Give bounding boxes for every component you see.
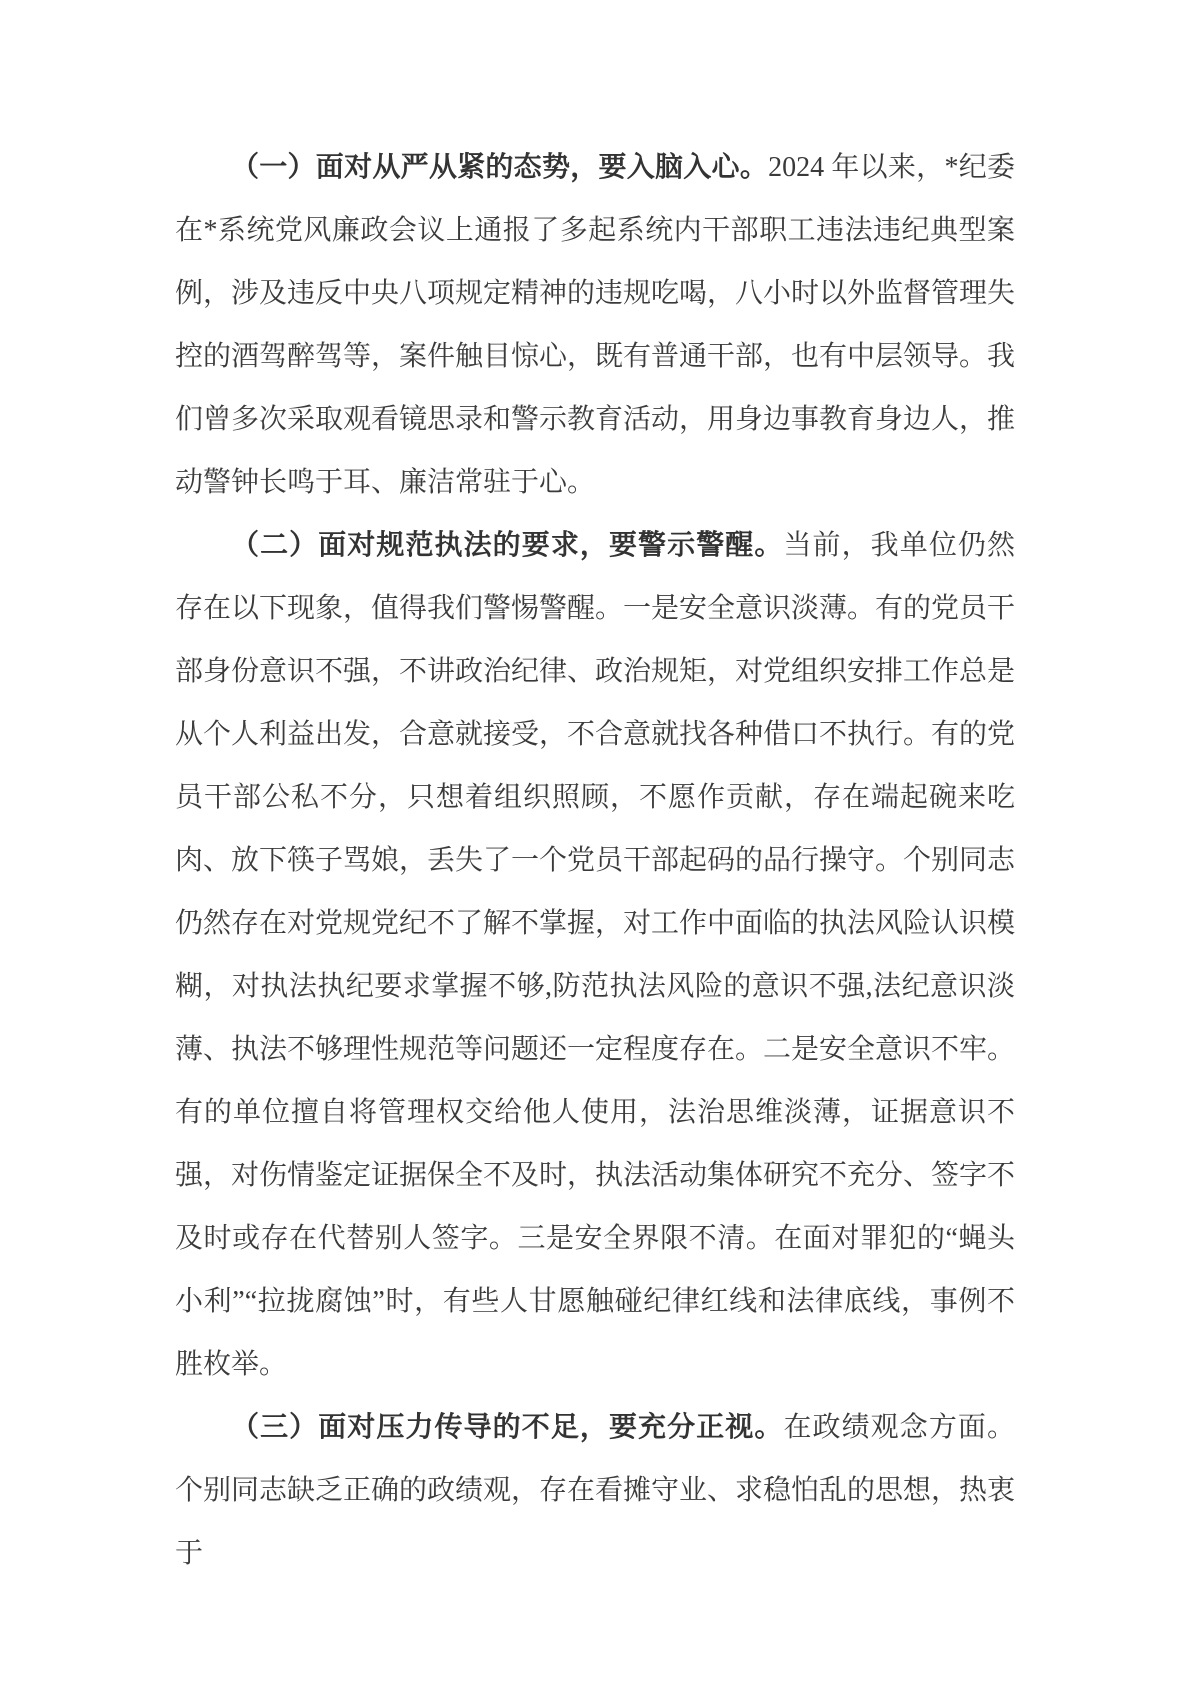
paragraph-2: （二）面对规范执法的要求，要警示警醒。当前，我单位仍然存在以下现象，值得我们警惕…	[175, 514, 1015, 1396]
paragraph-2-heading: （二）面对规范执法的要求，要警示警醒。	[231, 530, 783, 561]
document-page: （一）面对从严从紧的态势，要入脑入心。2024 年以来，*纪委在*系统党风廉政会…	[0, 0, 1190, 1683]
paragraph-1: （一）面对从严从紧的态势，要入脑入心。2024 年以来，*纪委在*系统党风廉政会…	[175, 136, 1015, 514]
document-body: （一）面对从严从紧的态势，要入脑入心。2024 年以来，*纪委在*系统党风廉政会…	[175, 136, 1015, 1585]
paragraph-3-heading: （三）面对压力传导的不足，要充分正视。	[231, 1412, 783, 1443]
paragraph-2-text: 当前，我单位仍然存在以下现象，值得我们警惕警醒。一是安全意识淡薄。有的党员干部身…	[175, 530, 1015, 1380]
paragraph-1-text: 2024 年以来，*纪委在*系统党风廉政会议上通报了多起系统内干部职工违法违纪典…	[175, 152, 1015, 498]
paragraph-1-heading: （一）面对从严从紧的态势，要入脑入心。	[231, 152, 768, 183]
paragraph-3: （三）面对压力传导的不足，要充分正视。在政绩观念方面。个别同志缺乏正确的政绩观，…	[175, 1396, 1015, 1585]
